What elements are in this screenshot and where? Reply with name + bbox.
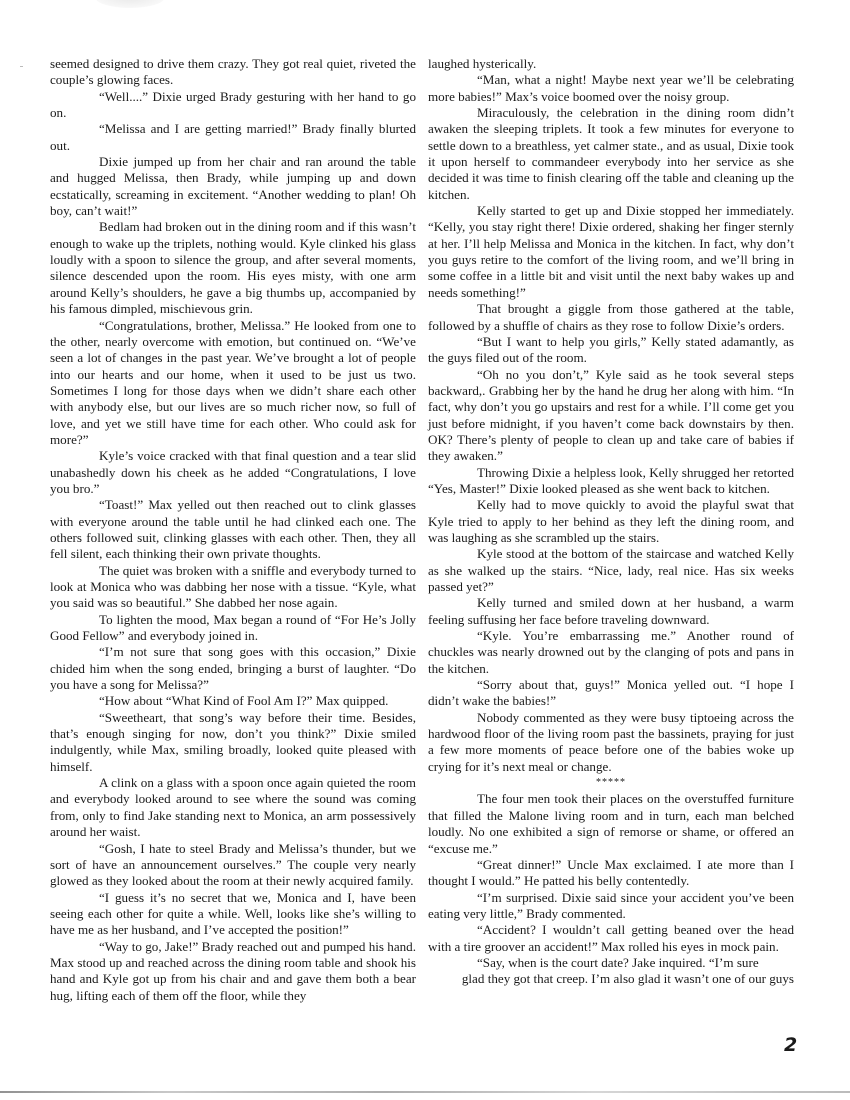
paragraph: seemed designed to drive them crazy. The…: [50, 56, 416, 89]
paragraph: laughed hysterically.: [428, 56, 794, 72]
paragraph: Dixie jumped up from her chair and ran a…: [50, 154, 416, 219]
paragraph: The quiet was broken with a sniffle and …: [50, 563, 416, 612]
paragraph: A clink on a glass with a spoon once aga…: [50, 775, 416, 840]
paragraph: Kelly started to get up and Dixie stoppe…: [428, 203, 794, 301]
paragraph: “Man, what a night! Maybe next year we’l…: [428, 72, 794, 105]
paragraph: Bedlam had broken out in the dining room…: [50, 219, 416, 317]
paragraph: “Kyle. You’re embarrassing me.” Another …: [428, 628, 794, 677]
paragraph: Kelly had to move quickly to avoid the p…: [428, 497, 794, 546]
margin-mark: [20, 66, 23, 67]
paragraph: “I’m not sure that song goes with this o…: [50, 644, 416, 693]
paragraph: Miraculously, the celebration in the din…: [428, 105, 794, 203]
paragraph-line: “Say, when is the court date? Jake inqui…: [428, 955, 794, 971]
paragraph: Kyle stood at the bottom of the staircas…: [428, 546, 794, 595]
paragraph: “But I want to help you girls,” Kelly st…: [428, 334, 794, 367]
bottom-rule: [0, 1091, 850, 1093]
paragraph: Nobody commented as they were busy tipto…: [428, 710, 794, 775]
paragraph: Kyle’s voice cracked with that final que…: [50, 448, 416, 497]
paragraph: Throwing Dixie a helpless look, Kelly sh…: [428, 465, 794, 498]
right-column: laughed hysterically. “Man, what a night…: [428, 56, 794, 988]
paragraph: That brought a giggle from those gathere…: [428, 301, 794, 334]
paragraph: “I guess it’s no secret that we, Monica …: [50, 890, 416, 939]
paragraph: Kelly turned and smiled down at her husb…: [428, 595, 794, 628]
paragraph: “Well....” Dixie urged Brady gesturing w…: [50, 89, 416, 122]
left-column: seemed designed to drive them crazy. The…: [50, 56, 416, 1004]
paragraph: The four men took their places on the ov…: [428, 791, 794, 856]
paragraph: “How about “What Kind of Fool Am I?” Max…: [50, 693, 416, 709]
paragraph: “Oh no you don’t,” Kyle said as he took …: [428, 367, 794, 465]
paragraph: “Way to go, Jake!” Brady reached out and…: [50, 939, 416, 1004]
paragraph: “Sorry about that, guys!” Monica yelled …: [428, 677, 794, 710]
paragraph: “Sweetheart, that song’s way before thei…: [50, 710, 416, 775]
paragraph: “Congratulations, brother, Melissa.” He …: [50, 318, 416, 449]
scene-break: *****: [428, 775, 794, 791]
paragraph-line: glad they got that creep. I’m also glad …: [428, 971, 794, 987]
page-number: 2: [784, 1034, 797, 1056]
paragraph: “Accident? I wouldn’t call getting beane…: [428, 922, 794, 955]
paragraph: “Great dinner!” Uncle Max exclaimed. I a…: [428, 857, 794, 890]
paragraph: “Gosh, I hate to steel Brady and Melissa…: [50, 841, 416, 890]
scan-artifact: [95, 0, 165, 8]
paragraph: “Toast!” Max yelled out then reached out…: [50, 497, 416, 562]
paragraph: To lighten the mood, Max began a round o…: [50, 612, 416, 645]
paragraph: “I’m surprised. Dixie said since your ac…: [428, 890, 794, 923]
paragraph: “Melissa and I are getting married!” Bra…: [50, 121, 416, 154]
